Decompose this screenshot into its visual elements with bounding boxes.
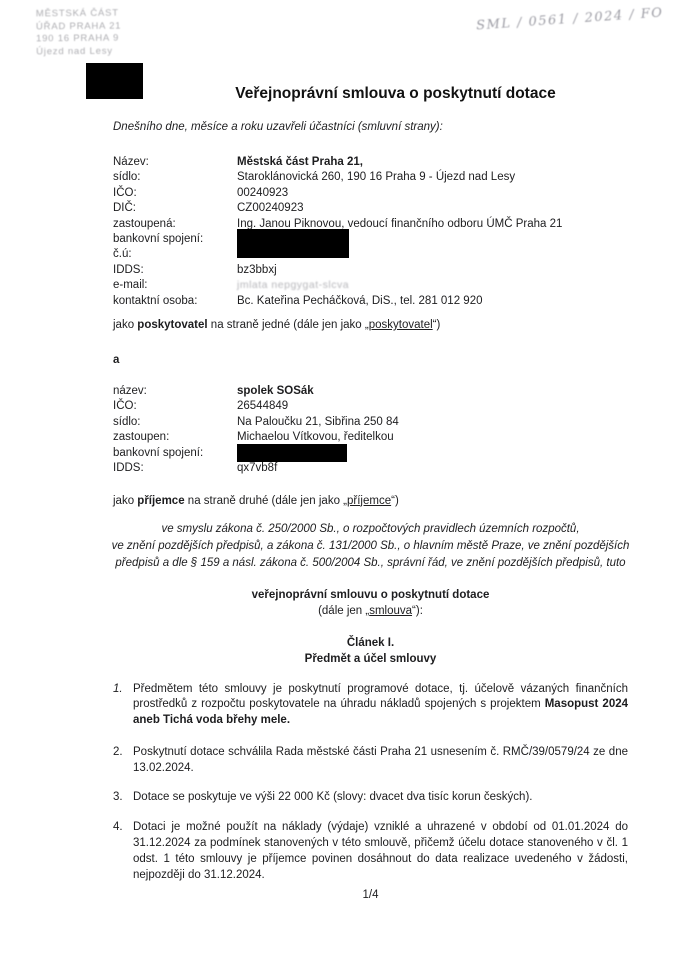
clause-text: Dotaci je možné použít na náklady (výdaj… (133, 820, 628, 883)
provider-row-cu: č.ú: (113, 247, 628, 262)
field-label: IDDS: (113, 263, 237, 278)
contract-subheading: (dále jen „smlouva“): (113, 603, 628, 619)
redaction-box-provider-account (237, 229, 349, 258)
field-value: 26544849 (237, 399, 628, 414)
article-heading: Článek I. Předmět a účel smlouvy (113, 635, 628, 668)
field-label: sídlo: (113, 170, 237, 185)
field-value: CZ00240923 (237, 201, 628, 216)
field-value: bz3bbxj (237, 263, 628, 278)
stamp-line: ÚŘAD PRAHA 21 (36, 20, 121, 33)
field-label: IDDS: (113, 461, 237, 476)
field-label: sídlo: (113, 415, 237, 430)
clause-number: 1. (113, 682, 125, 729)
preamble-line: předpisů a dle § 159 a násl. zákona č. 5… (85, 555, 656, 572)
provider-row-dic: DIČ: CZ00240923 (113, 201, 628, 216)
field-value: 00240923 (237, 186, 628, 201)
intro-line: Dnešního dne, měsíce a roku uzavřeli úča… (113, 120, 628, 135)
article-number: Článek I. (113, 635, 628, 652)
field-label: název: (113, 384, 237, 399)
clause-text: Poskytnutí dotace schválila Rada městské… (133, 745, 628, 777)
parties-separator: a (113, 353, 628, 368)
field-value-illegible: jmlata nepgygat-slcva (237, 278, 628, 293)
document-content: Veřejnoprávní smlouva o poskytnutí dotac… (113, 0, 628, 903)
contract-heading: veřejnoprávní smlouvu o poskytnutí dotac… (113, 587, 628, 603)
clause-item: 3. Dotace se poskytuje ve výši 22 000 Kč… (113, 790, 628, 806)
field-value: qx7vb8f (237, 461, 628, 476)
field-label: zastoupen: (113, 430, 237, 445)
field-value: Bc. Kateřina Pecháčková, DiS., tel. 281 … (237, 294, 628, 309)
recipient-details: název: spolek SOSák IČO: 26544849 sídlo:… (113, 384, 628, 476)
provider-row-kontakt: kontaktní osoba: Bc. Kateřina Pecháčková… (113, 294, 628, 309)
recipient-row-zastoupen: zastoupen: Michaelou Vítkovou, ředitelko… (113, 430, 628, 445)
provider-row-email: e-mail: jmlata nepgygat-slcva (113, 278, 628, 293)
redaction-box-recipient-account (237, 444, 347, 462)
stamp-line: 190 16 PRAHA 9 (36, 33, 121, 46)
recipient-row-bank: bankovní spojení: (113, 446, 628, 461)
clause-item: 4. Dotaci je možné použít na náklady (vý… (113, 820, 628, 883)
field-label: IČO: (113, 186, 237, 201)
field-value: spolek SOSák (237, 384, 628, 399)
clause-number: 3. (113, 790, 125, 806)
provider-row-nazev: Název: Městská část Praha 21, (113, 155, 628, 170)
provider-role-line: jako poskytovatel na straně jedné (dále … (113, 318, 628, 333)
field-label: kontaktní osoba: (113, 294, 237, 309)
clause-text: Předmětem této smlouvy je poskytnutí pro… (133, 682, 628, 729)
provider-row-idds: IDDS: bz3bbxj (113, 263, 628, 278)
office-stamp: MĚSTSKÁ ČÁST ÚŘAD PRAHA 21 190 16 PRAHA … (36, 8, 122, 59)
preamble-line: ve smyslu zákona č. 250/2000 Sb., o rozp… (85, 521, 656, 538)
field-label: bankovní spojení: (113, 232, 237, 247)
clause-item: 1. Předmětem této smlouvy je poskytnutí … (113, 682, 628, 729)
document-page: MĚSTSKÁ ČÁST ÚŘAD PRAHA 21 190 16 PRAHA … (0, 0, 678, 960)
page-number: 1/4 (113, 888, 628, 903)
clause-item: 2. Poskytnutí dotace schválila Rada měst… (113, 745, 628, 777)
field-value: Městská část Praha 21, (237, 155, 628, 170)
field-label: IČO: (113, 399, 237, 414)
stamp-line: Újezd nad Lesy (36, 45, 121, 58)
article-title: Předmět a účel smlouvy (113, 651, 628, 668)
field-label: č.ú: (113, 247, 237, 262)
recipient-role-line: jako příjemce na straně druhé (dále jen … (113, 494, 628, 509)
provider-details: Název: Městská část Praha 21, sídlo: Sta… (113, 155, 628, 309)
field-value: Staroklánovická 260, 190 16 Praha 9 - Új… (237, 170, 628, 185)
provider-row-bank: bankovní spojení: (113, 232, 628, 247)
field-label: bankovní spojení: (113, 446, 237, 461)
document-title: Veřejnoprávní smlouva o poskytnutí dotac… (163, 84, 628, 104)
field-value: Na Paloučku 21, Sibřina 250 84 (237, 415, 628, 430)
legal-preamble: ve smyslu zákona č. 250/2000 Sb., o rozp… (85, 521, 656, 572)
provider-row-zastoupena: zastoupená: Ing. Janou Piknovou, vedoucí… (113, 217, 628, 232)
clause-number: 2. (113, 745, 125, 777)
recipient-row-sidlo: sídlo: Na Paloučku 21, Sibřina 250 84 (113, 415, 628, 430)
field-label: zastoupená: (113, 217, 237, 232)
provider-row-sidlo: sídlo: Staroklánovická 260, 190 16 Praha… (113, 170, 628, 185)
clause-text: Dotace se poskytuje ve výši 22 000 Kč (s… (133, 790, 628, 806)
field-label: Název: (113, 155, 237, 170)
recipient-row-ico: IČO: 26544849 (113, 399, 628, 414)
field-label: DIČ: (113, 201, 237, 216)
recipient-row-nazev: název: spolek SOSák (113, 384, 628, 399)
field-label: e-mail: (113, 278, 237, 293)
preamble-line: ve znění pozdějších předpisů, a zákona č… (85, 538, 656, 555)
recipient-row-idds: IDDS: qx7vb8f (113, 461, 628, 476)
stamp-line: MĚSTSKÁ ČÁST (36, 8, 121, 21)
clause-number: 4. (113, 820, 125, 883)
provider-row-ico: IČO: 00240923 (113, 186, 628, 201)
